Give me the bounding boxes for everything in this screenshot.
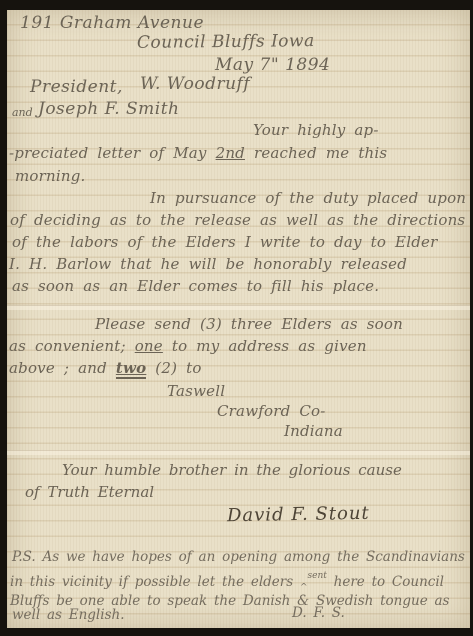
letter-photo: 191 Graham Avenue Council Bluffs Iowa Ma… xyxy=(0,0,473,636)
body-text: reached me this xyxy=(245,144,387,162)
body-line: of the labors of the Elders I write to d… xyxy=(12,234,437,251)
body-line: above ; and two (2) to xyxy=(9,360,202,377)
closing-line: of Truth Eternal xyxy=(25,484,154,501)
body-text: as convenient; xyxy=(9,337,135,355)
fold-crease xyxy=(7,305,470,310)
postscript-line: P.S. As we have hopes of an opening amon… xyxy=(12,550,465,565)
inserted-word: sent xyxy=(308,571,327,581)
fold-crease xyxy=(7,450,470,455)
destination-county: Crawford Co- xyxy=(217,403,326,420)
destination-town: Taswell xyxy=(167,383,225,400)
postscript-text: here to Council xyxy=(327,574,444,590)
recipient-president: President, xyxy=(30,78,123,97)
postscript-text: in this vicinity if possible let the eld… xyxy=(10,574,300,590)
body-line: Please send (3) three Elders as soon xyxy=(95,316,403,333)
address-line: 191 Graham Avenue xyxy=(20,14,204,33)
insertion-caret: ^ xyxy=(300,583,308,593)
body-line: Your highly ap- xyxy=(253,122,379,139)
body-line: of deciding as to the release as well as… xyxy=(10,212,465,229)
body-text: -preciated letter of May xyxy=(9,144,216,162)
body-line: as soon as an Elder comes to fill his pl… xyxy=(12,278,379,295)
underlined-word: 2nd xyxy=(216,144,245,162)
double-underlined-word: two xyxy=(116,359,146,379)
postscript-initials: D. F. S. xyxy=(292,606,345,621)
date-line: May 7" 1894 xyxy=(215,56,330,75)
body-line: as convenient; one to my address as give… xyxy=(9,338,367,355)
underlined-word: one xyxy=(135,337,163,355)
postscript-line: in this vicinity if possible let the eld… xyxy=(10,572,444,594)
signature: David F. Stout xyxy=(227,504,370,526)
closing-line: Your humble brother in the glorious caus… xyxy=(62,462,402,479)
body-text: to my address as given xyxy=(163,337,367,355)
recipient-and: and xyxy=(12,107,33,119)
body-line: In pursuance of the duty placed upon me xyxy=(150,190,473,207)
body-text: above ; and xyxy=(9,359,116,377)
letter-paper: 191 Graham Avenue Council Bluffs Iowa Ma… xyxy=(7,10,470,628)
body-line: morning. xyxy=(15,168,86,185)
place-line: Council Bluffs Iowa xyxy=(137,32,315,53)
recipient-woodruff: W. Woodruff xyxy=(140,75,250,94)
body-line: -preciated letter of May 2nd reached me … xyxy=(9,145,387,162)
destination-state: Indiana xyxy=(284,423,343,440)
postscript-line: well as English. xyxy=(12,608,124,623)
body-text: (2) to xyxy=(146,359,201,377)
body-line: I. H. Barlow that he will be honorably r… xyxy=(9,256,407,273)
recipient-smith: Joseph F. Smith xyxy=(38,100,180,119)
